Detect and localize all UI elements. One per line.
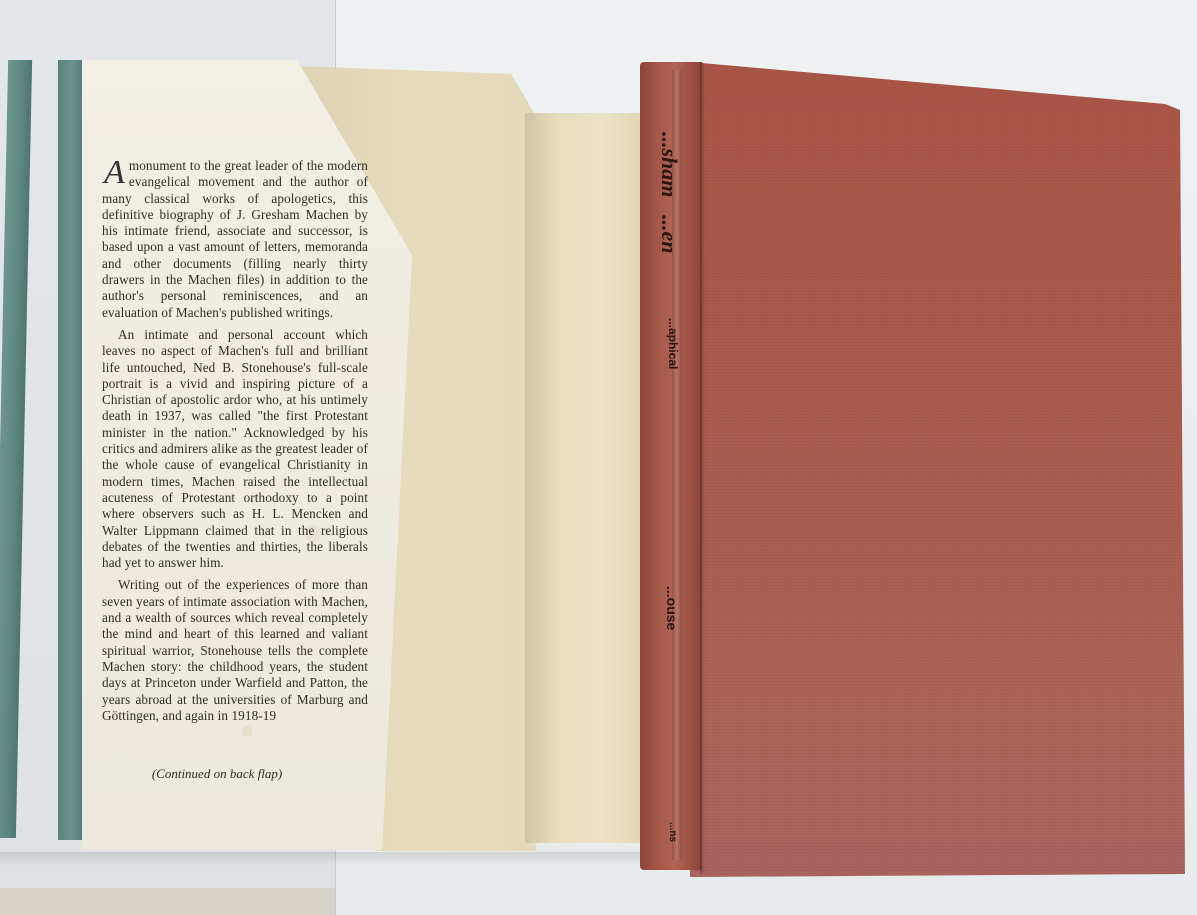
book-front-cover (690, 62, 1185, 877)
spine-author: ...ouse (664, 586, 680, 630)
background-card-edge (0, 888, 335, 915)
jacket-shadow (0, 852, 640, 866)
cover-edge-shadow (700, 62, 705, 874)
spine-publisher: ...ns (667, 822, 678, 842)
spine-subtitle: ...aphical (666, 318, 680, 369)
spine-title-line-1: ...sham (656, 132, 682, 197)
dropcap-letter: A (104, 160, 125, 186)
jacket-blurb: Amonument to the great leader of the mod… (102, 158, 368, 730)
blurb-paragraph-2: An intimate and personal account which l… (102, 327, 368, 571)
continued-note: (Continued on back flap) (82, 766, 352, 782)
blurb-paragraph-1: Amonument to the great leader of the mod… (102, 158, 368, 321)
blurb-paragraph-3: Writing out of the experiences of more t… (102, 577, 368, 724)
jacket-fold-paper (525, 113, 655, 843)
jacket-teal-band (58, 60, 84, 840)
spine-title-line-2: ...en (656, 215, 682, 254)
